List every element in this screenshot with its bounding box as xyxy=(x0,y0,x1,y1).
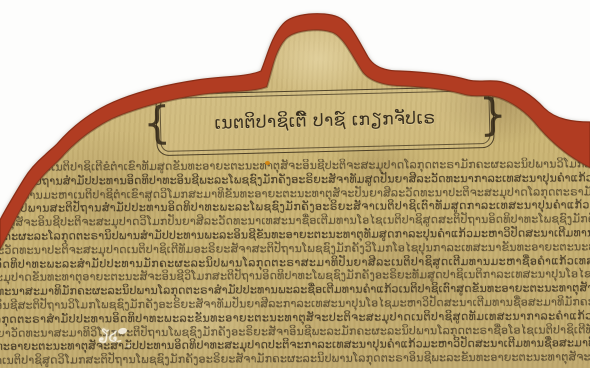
stone-inscription-photo: { } ເນຕຕິປາຊິເຕີ໌ ປາຊ໌ ເກຽກຈັປເຣ ພຣະເນຕິ… xyxy=(0,0,590,368)
inscription-line: ນາເນຕິປາຊິສູດວິໂມກສະຕິປັຖານໂພຊຊົງມັກຄັງອ… xyxy=(0,350,590,368)
inscription-body: ພຣະເນຕິປາຊິເຕີຂໍຕຳເຂົາທັມສູດຂັນທະອາຍະຕະນ… xyxy=(0,157,590,368)
orange-speck xyxy=(265,161,270,165)
inscription-title: ເນຕຕິປາຊິເຕີ໌ ປາຊ໌ ເກຽກຈັປເຣ xyxy=(156,87,493,155)
white-paint-mark: ຽ໒ xyxy=(98,325,120,346)
title-cartouche: { } ເນຕຕິປາຊິເຕີ໌ ປາຊ໌ ເກຽກຈັປເຣ xyxy=(155,86,494,156)
